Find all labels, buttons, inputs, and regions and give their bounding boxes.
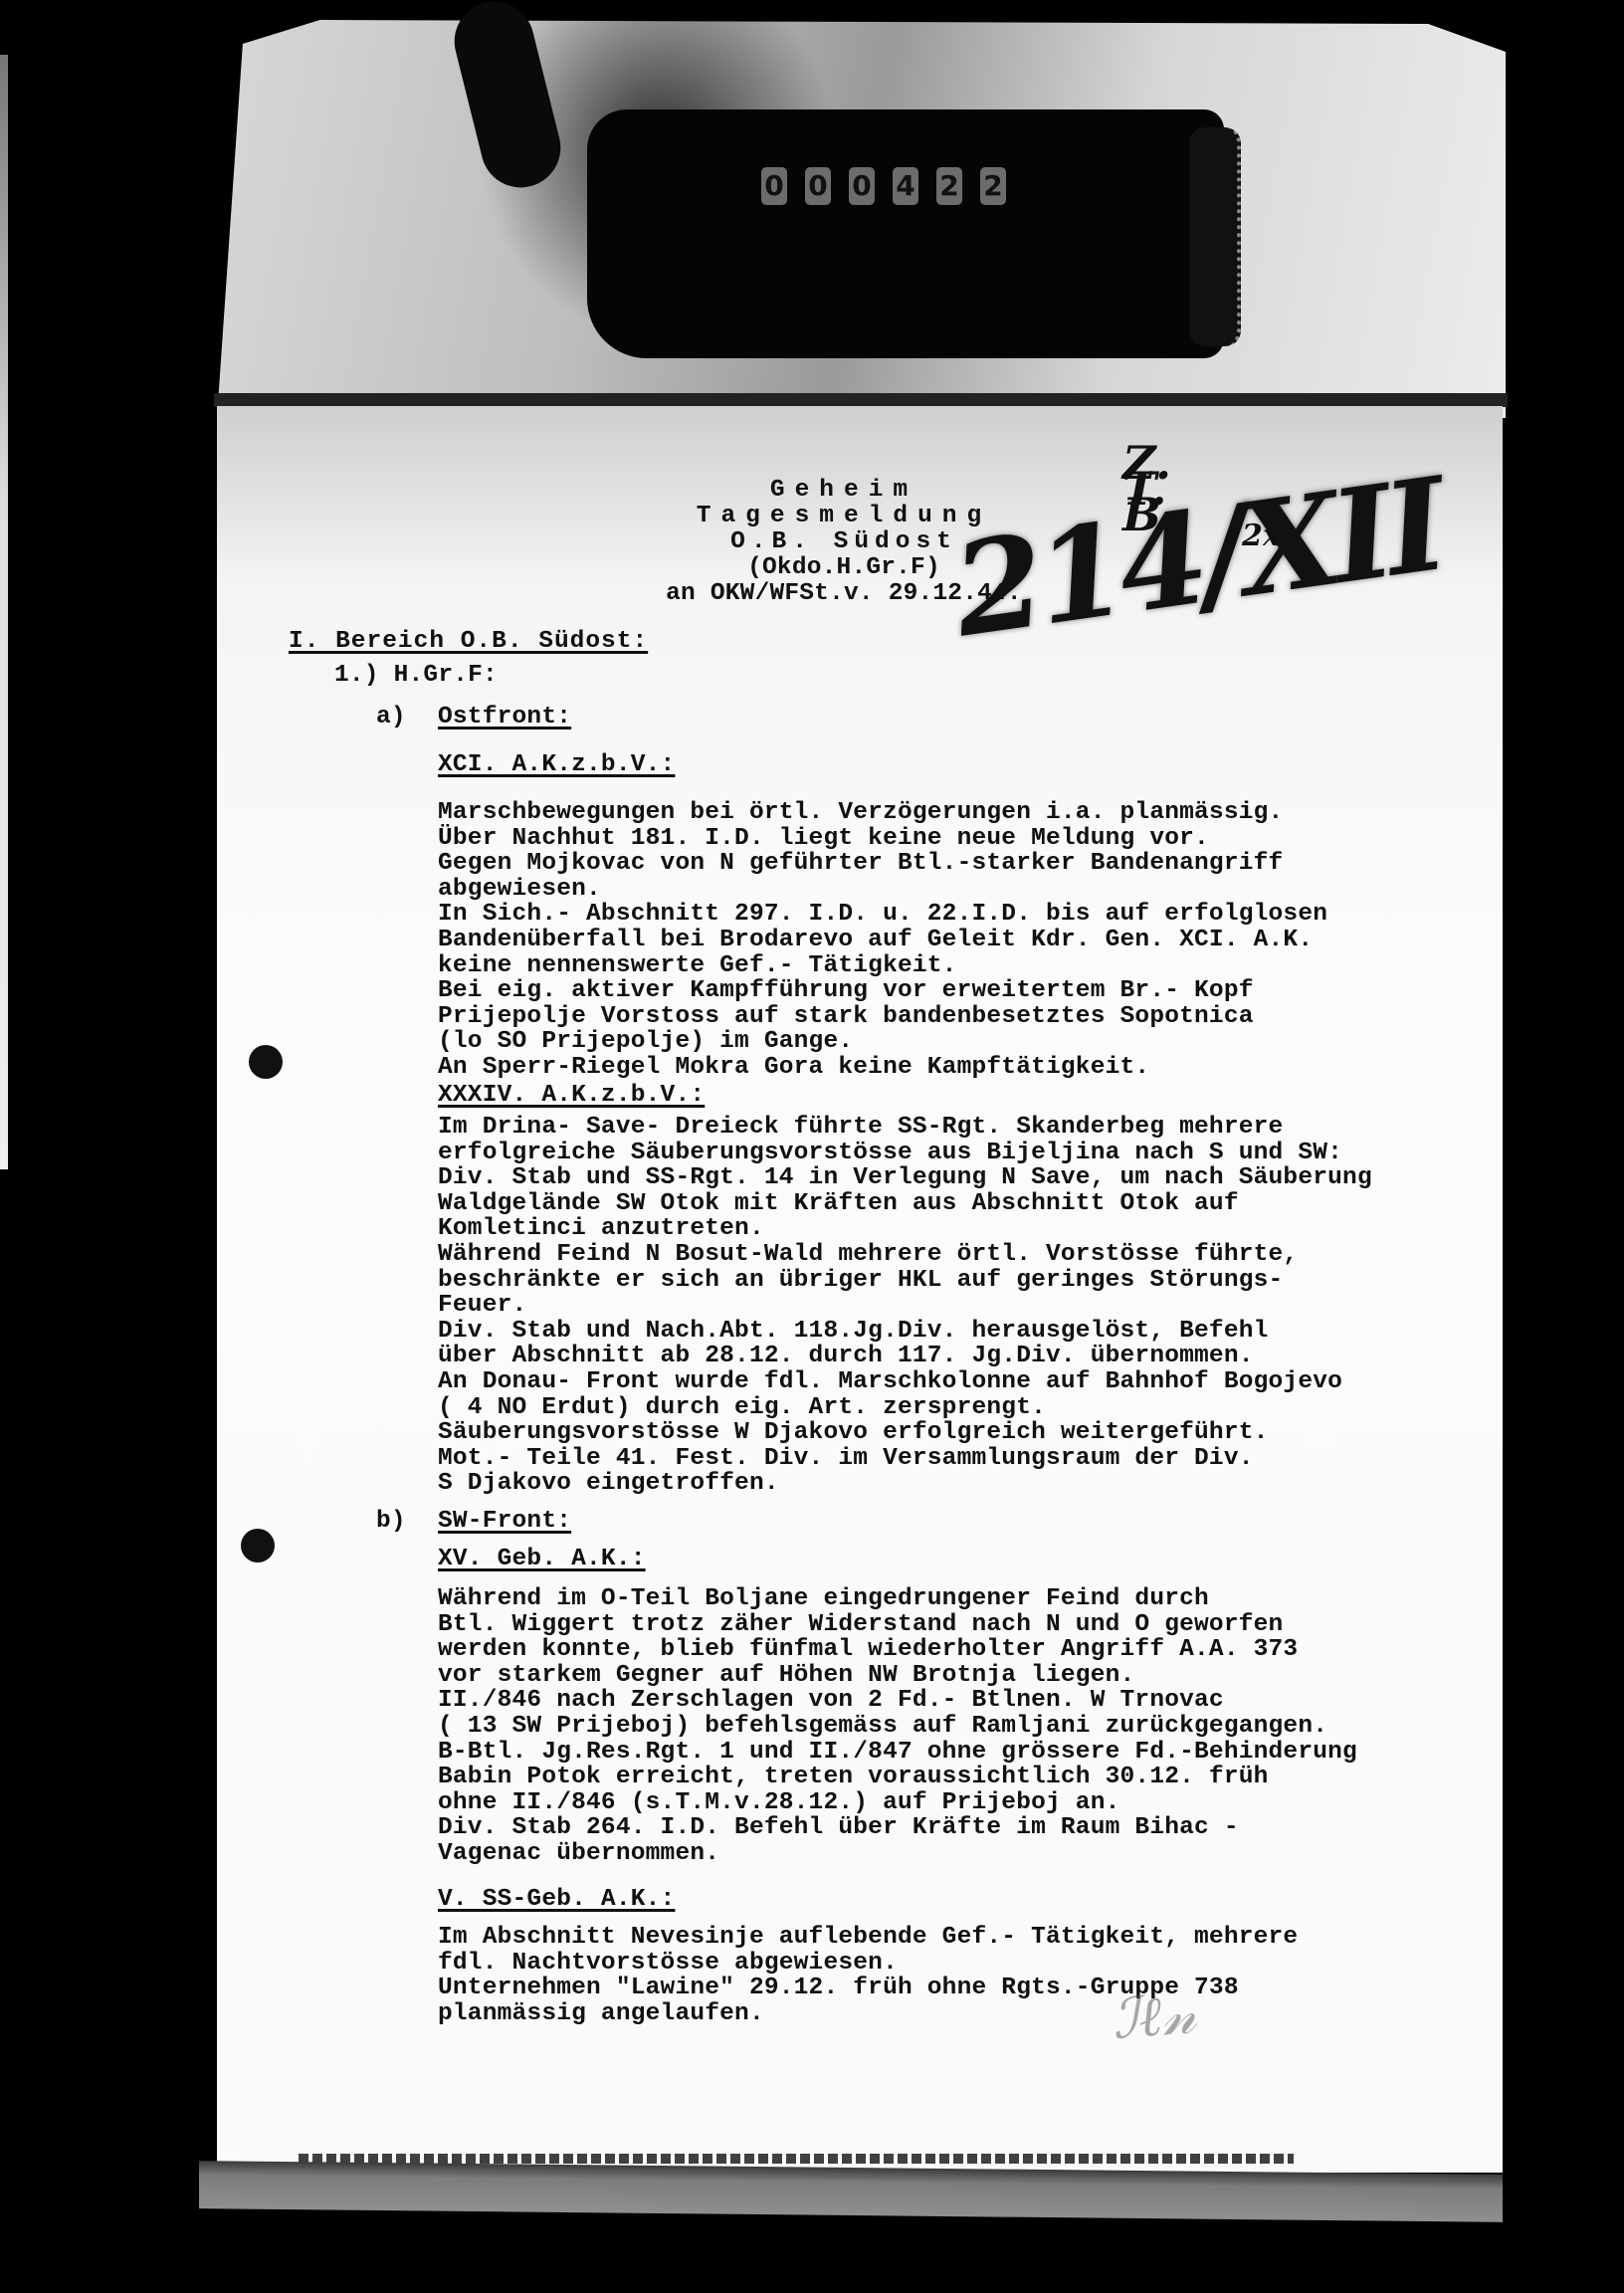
report-line: Div. Stab und SS-Rgt. 14 in Verlegung N … [438, 1165, 1372, 1191]
corps-title: XV. Geb. A.K.: [438, 1547, 646, 1572]
sheet-divider [214, 393, 1508, 407]
section-a-title: Ostfront: [438, 705, 571, 730]
document-page: Geheim Tagesmeldung O.B. Südost (Okdo.H.… [217, 406, 1503, 2173]
report-line: Gegen Mojkovac von N geführter Btl.-star… [438, 851, 1283, 877]
report-line: Div. Stab 264. I.D. Befehl über Kräfte i… [438, 1815, 1239, 1841]
report-line: In Sich.- Abschnitt 297. I.D. u. 22.I.D.… [438, 902, 1327, 928]
counter-digit: 0 [849, 167, 875, 205]
report-line: Während im O-Teil Boljane eingedrungener… [438, 1586, 1209, 1612]
report-line: An Sperr-Riegel Mokra Gora keine Kampftä… [438, 1055, 1149, 1081]
report-line: Waldgelände SW Otok mit Kräften aus Absc… [438, 1191, 1239, 1217]
report-line: abgewiesen. [438, 877, 601, 903]
report-line: Btl. Wiggert trotz zäher Widerstand nach… [438, 1612, 1283, 1638]
report-line: Säuberungsvorstösse W Djakovo erfolgreic… [438, 1420, 1269, 1446]
corps-title: XCI. A.K.z.b.V.: [438, 752, 675, 778]
main-heading: I. Bereich O.B. Südost: [289, 629, 648, 655]
report-line: Div. Stab und Nach.Abt. 118.Jg.Div. hera… [438, 1319, 1269, 1345]
report-line: II./846 nach Zerschlagen von 2 Fd.- Btln… [438, 1688, 1224, 1714]
counter-digit: 2 [936, 167, 962, 205]
report-line: Während Feind N Bosut-Wald mehrere örtl.… [438, 1242, 1298, 1268]
previous-page-edge [0, 55, 8, 1169]
report-line: S Djakovo eingetroffen. [438, 1471, 779, 1497]
report-line: Bei eig. aktiver Kampfführung vor erweit… [438, 978, 1254, 1004]
frame-counter-device [587, 109, 1224, 358]
report-line: Vagenac übernommen. [438, 1841, 719, 1867]
report-line: (lo SO Prijepolje) im Gange. [438, 1029, 853, 1055]
report-line: B-Btl. Jg.Res.Rgt. 1 und II./847 ohne gr… [438, 1740, 1357, 1766]
report-line: Im Abschnitt Nevesinje auflebende Gef.- … [438, 1925, 1298, 1951]
report-line: Mot.- Teile 41. Fest. Div. im Versammlun… [438, 1446, 1254, 1472]
report-line: keine nennenswerte Gef.- Tätigkeit. [438, 953, 957, 979]
section-b-title: SW-Front: [438, 1509, 571, 1535]
report-line: ( 13 SW Prijeboj) befehlsgemäss auf Raml… [438, 1714, 1327, 1740]
report-line: Über Nachhut 181. I.D. liegt keine neue … [438, 826, 1209, 852]
faint-footer-line [299, 2154, 1294, 2164]
report-line: beschränkte er sich an übriger HKL auf g… [438, 1268, 1283, 1294]
report-line: werden konnte, blieb fünfmal wiederholte… [438, 1637, 1298, 1663]
report-line: fdl. Nachtvorstösse abgewiesen. [438, 1951, 898, 1977]
report-line: vor starkem Gegner auf Höhen NW Brotnja … [438, 1663, 1134, 1689]
report-line: erfolgreiche Säuberungsvorstösse aus Bij… [438, 1141, 1342, 1166]
report-line: Bandenüberfall bei Brodarevo auf Geleit … [438, 928, 1313, 953]
report-line: Im Drina- Save- Dreieck führte SS-Rgt. S… [438, 1115, 1283, 1141]
report-line: ( 4 NO Erdut) durch eig. Art. zersprengt… [438, 1395, 1046, 1421]
counter-knob-icon [1189, 127, 1241, 346]
signature: ℐℓ𝓃 [1111, 1974, 1319, 2117]
handwritten-reference-number: 214/XII [954, 512, 1442, 605]
report-line: Marschbewegungen bei örtl. Verzögerungen… [438, 800, 1283, 826]
frame-counter: 0 0 0 4 2 2 [761, 167, 1006, 205]
sub-heading: 1.) H.Gr.F: [334, 663, 498, 689]
counter-digit: 4 [893, 167, 918, 205]
punch-hole-icon [249, 1045, 283, 1079]
report-line: Feuer. [438, 1293, 526, 1319]
counter-digit: 0 [761, 167, 787, 205]
corps-title: XXXIV. A.K.z.b.V.: [438, 1083, 705, 1109]
counter-digit: 0 [805, 167, 831, 205]
report-line: Babin Potok erreicht, treten voraussicht… [438, 1765, 1269, 1790]
report-line: An Donau- Front wurde fdl. Marschkolonne… [438, 1369, 1342, 1395]
report-line: Prijepolje Vorstoss auf stark bandenbese… [438, 1004, 1254, 1030]
section-a-label: a) [376, 705, 406, 730]
classification: Geheim [545, 478, 1142, 504]
corps-title: V. SS-Geb. A.K.: [438, 1887, 675, 1913]
report-line: ohne II./846 (s.T.M.v.28.12.) auf Prijeb… [438, 1790, 1120, 1816]
section-b-label: b) [376, 1509, 406, 1535]
report-line: über Abschnitt ab 28.12. durch 117. Jg.D… [438, 1344, 1254, 1369]
report-line: Komletinci anzutreten. [438, 1216, 764, 1242]
counter-digit: 2 [980, 167, 1006, 205]
report-line: planmässig angelaufen. [438, 2001, 764, 2027]
punch-hole-icon [241, 1529, 275, 1563]
